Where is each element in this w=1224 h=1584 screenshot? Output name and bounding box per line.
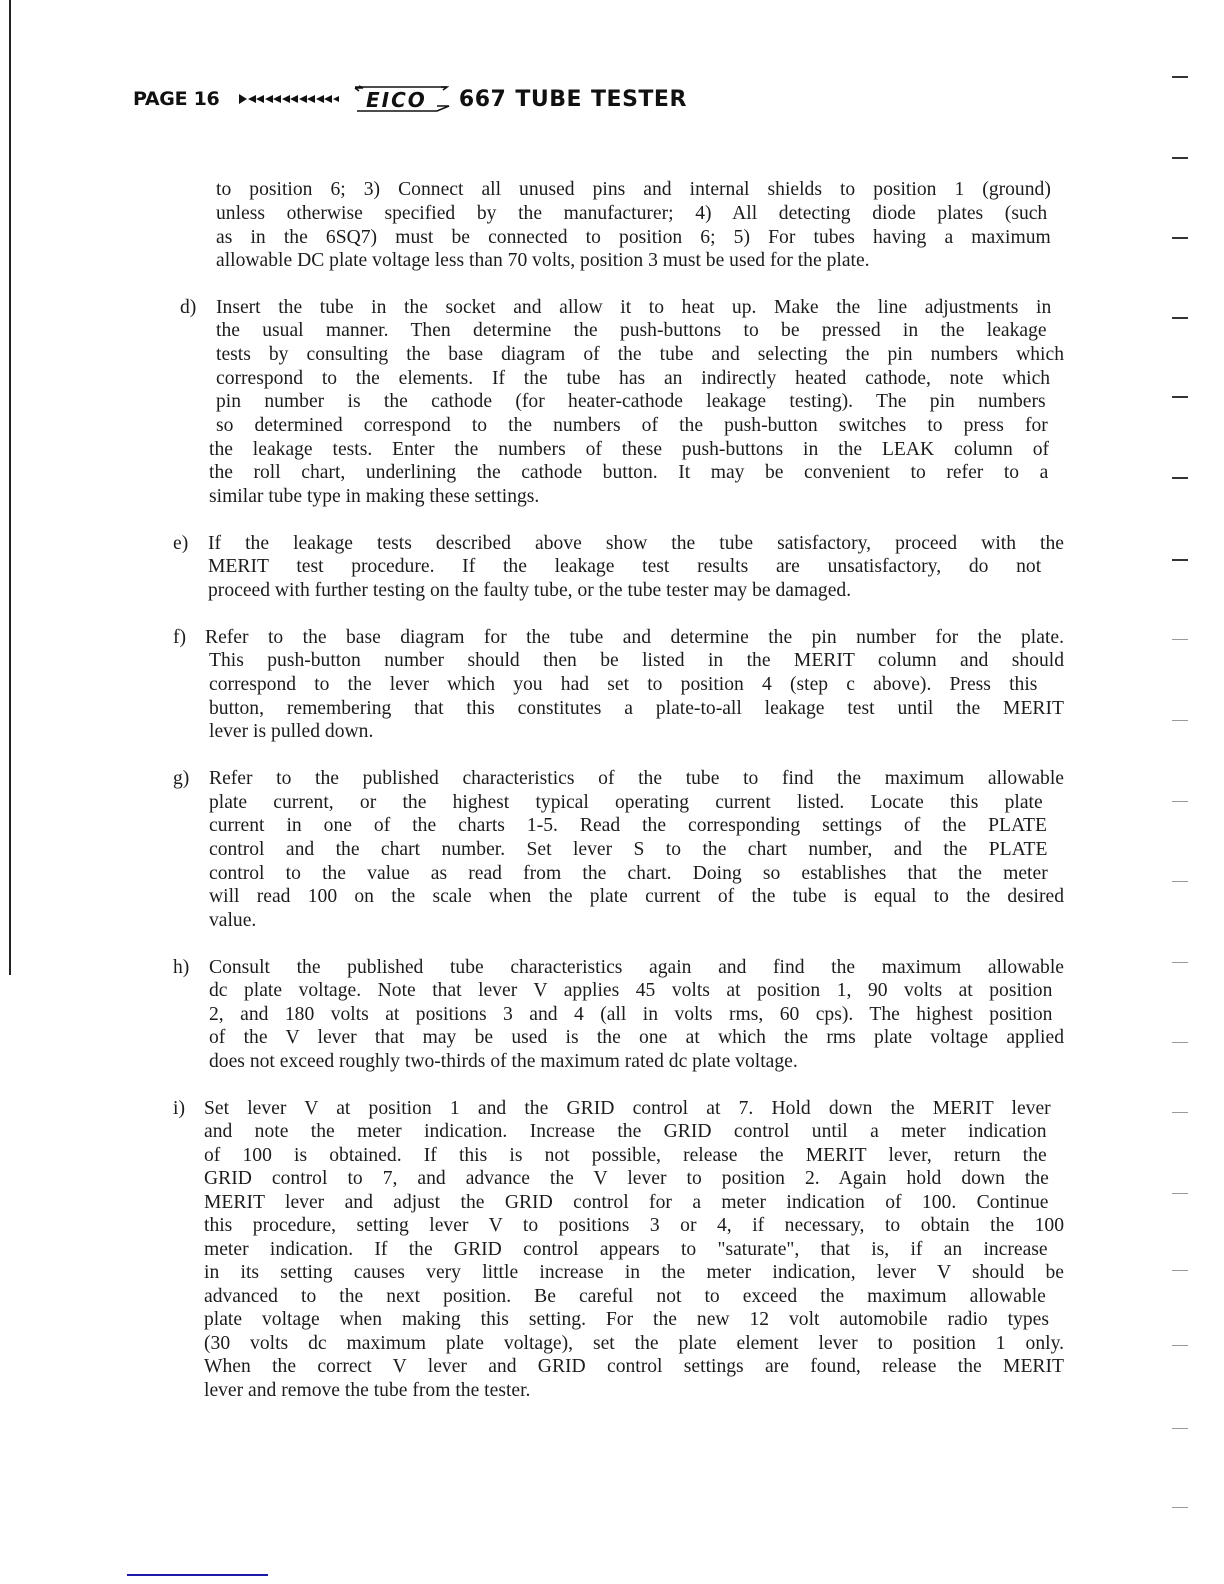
text-line: button, remembering that this constitute… — [209, 699, 1064, 719]
text-line: the roll chart, underlining the cathode … — [209, 463, 1048, 483]
text-line: meter indication. If the GRID control ap… — [204, 1240, 1048, 1260]
text-line: of the V lever that may be used is the o… — [209, 1028, 1064, 1048]
text-line: control to the value as read from the ch… — [209, 864, 1048, 884]
text-line: 2, and 180 volts at positions 3 and 4 (a… — [209, 1005, 1052, 1025]
margin-mark — [1172, 1428, 1188, 1429]
margin-mark — [1172, 1507, 1188, 1508]
text-line: Refer to the base diagram for the tube a… — [205, 628, 1064, 648]
text-line: lever is pulled down. — [209, 722, 373, 742]
list-marker: e) — [173, 534, 188, 554]
margin-mark — [1172, 396, 1188, 398]
text-line: the usual manner. Then determine the pus… — [216, 321, 1047, 341]
text-line: will read 100 on the scale when the plat… — [209, 887, 1064, 907]
text-line: dc plate voltage. Note that lever V appl… — [209, 981, 1052, 1001]
title-word: TESTER — [591, 87, 687, 112]
text-line: When the correct V lever and GRID contro… — [204, 1357, 1064, 1377]
text-line: correspond to the lever which you had se… — [209, 675, 1037, 695]
margin-mark — [1172, 1193, 1188, 1194]
margin-mark — [1172, 1270, 1188, 1271]
list-marker: f) — [173, 628, 186, 648]
text-line: lever and remove the tube from the teste… — [204, 1381, 530, 1401]
text-line: Insert the tube in the socket and allow … — [216, 298, 1051, 318]
text-line: this procedure, setting lever V to posit… — [204, 1216, 1064, 1236]
margin-mark — [1172, 76, 1188, 78]
list-marker: g) — [173, 769, 189, 789]
text-line: unless otherwise specified by the manufa… — [216, 204, 1047, 224]
text-line: so determined correspond to the numbers … — [216, 416, 1048, 436]
margin-mark — [1172, 559, 1188, 561]
list-marker: i) — [173, 1099, 185, 1119]
text-line: Set lever V at position 1 and the GRID c… — [204, 1099, 1051, 1119]
arrow-ornament-icon — [239, 92, 339, 106]
text-line: MERIT lever and adjust the GRID control … — [204, 1193, 1048, 1213]
margin-mark — [1172, 801, 1188, 802]
title-word: TUBE — [515, 87, 582, 112]
text-line: GRID control to 7, and advance the V lev… — [204, 1169, 1049, 1189]
text-line: This push-button number should then be l… — [209, 651, 1064, 671]
text-line: correspond to the elements. If the tube … — [216, 369, 1050, 389]
text-line: to position 6; 3) Connect all unused pin… — [216, 180, 1051, 200]
margin-mark — [1172, 237, 1188, 239]
text-line: advanced to the next position. Be carefu… — [204, 1287, 1046, 1307]
text-line: the leakage tests. Enter the numbers of … — [209, 440, 1049, 460]
text-line: and note the meter indication. Increase … — [204, 1122, 1047, 1142]
text-line: proceed with further testing on the faul… — [208, 581, 851, 601]
text-line: in its setting causes very little increa… — [204, 1263, 1064, 1283]
text-line: Refer to the published characteristics o… — [209, 769, 1064, 789]
text-line: current in one of the charts 1-5. Read t… — [209, 816, 1047, 836]
text-line: does not exceed roughly two-thirds of th… — [209, 1052, 798, 1072]
list-marker: h) — [173, 958, 189, 978]
text-line: (30 volts dc maximum plate voltage), set… — [204, 1334, 1064, 1354]
margin-mark — [1172, 720, 1188, 721]
margin-mark — [1172, 881, 1188, 882]
text-line: allowable DC plate voltage less than 70 … — [216, 251, 870, 271]
page-number: PAGE 16 — [133, 88, 219, 110]
text-line: control and the chart number. Set lever … — [209, 840, 1048, 860]
page-header: PAGE 16 EICO 667TUBETESTER — [133, 84, 696, 114]
margin-mark — [1172, 1345, 1188, 1346]
document-title: 667TUBETESTER — [459, 87, 696, 112]
text-line: similar tube type in making these settin… — [209, 487, 539, 507]
margin-mark — [1172, 962, 1188, 963]
text-line: plate current, or the highest typical op… — [209, 793, 1043, 813]
text-line: MERIT test procedure. If the leakage tes… — [208, 557, 1041, 577]
text-line: plate voltage when making this setting. … — [204, 1310, 1049, 1330]
scan-edge-line — [9, 0, 11, 975]
title-model: 667 — [459, 87, 506, 112]
text-line: Consult the published tube characteristi… — [209, 958, 1064, 978]
footer-rule — [127, 1574, 268, 1576]
text-line: value. — [209, 911, 256, 931]
margin-mark — [1172, 317, 1188, 319]
text-line: as in the 6SQ7) must be connected to pos… — [216, 228, 1051, 248]
text-line: If the leakage tests described above sho… — [208, 534, 1064, 554]
margin-mark — [1172, 1112, 1188, 1113]
margin-mark — [1172, 157, 1188, 159]
text-line: tests by consulting the base diagram of … — [216, 345, 1064, 365]
text-line: pin number is the cathode (for heater-ca… — [216, 392, 1046, 412]
eico-logo: EICO — [351, 84, 453, 114]
logo-text: EICO — [366, 88, 427, 112]
margin-mark — [1172, 639, 1188, 640]
list-marker: d) — [180, 298, 196, 318]
margin-mark — [1172, 1042, 1188, 1043]
text-line: of 100 is obtained. If this is not possi… — [204, 1146, 1047, 1166]
margin-mark — [1172, 477, 1188, 479]
